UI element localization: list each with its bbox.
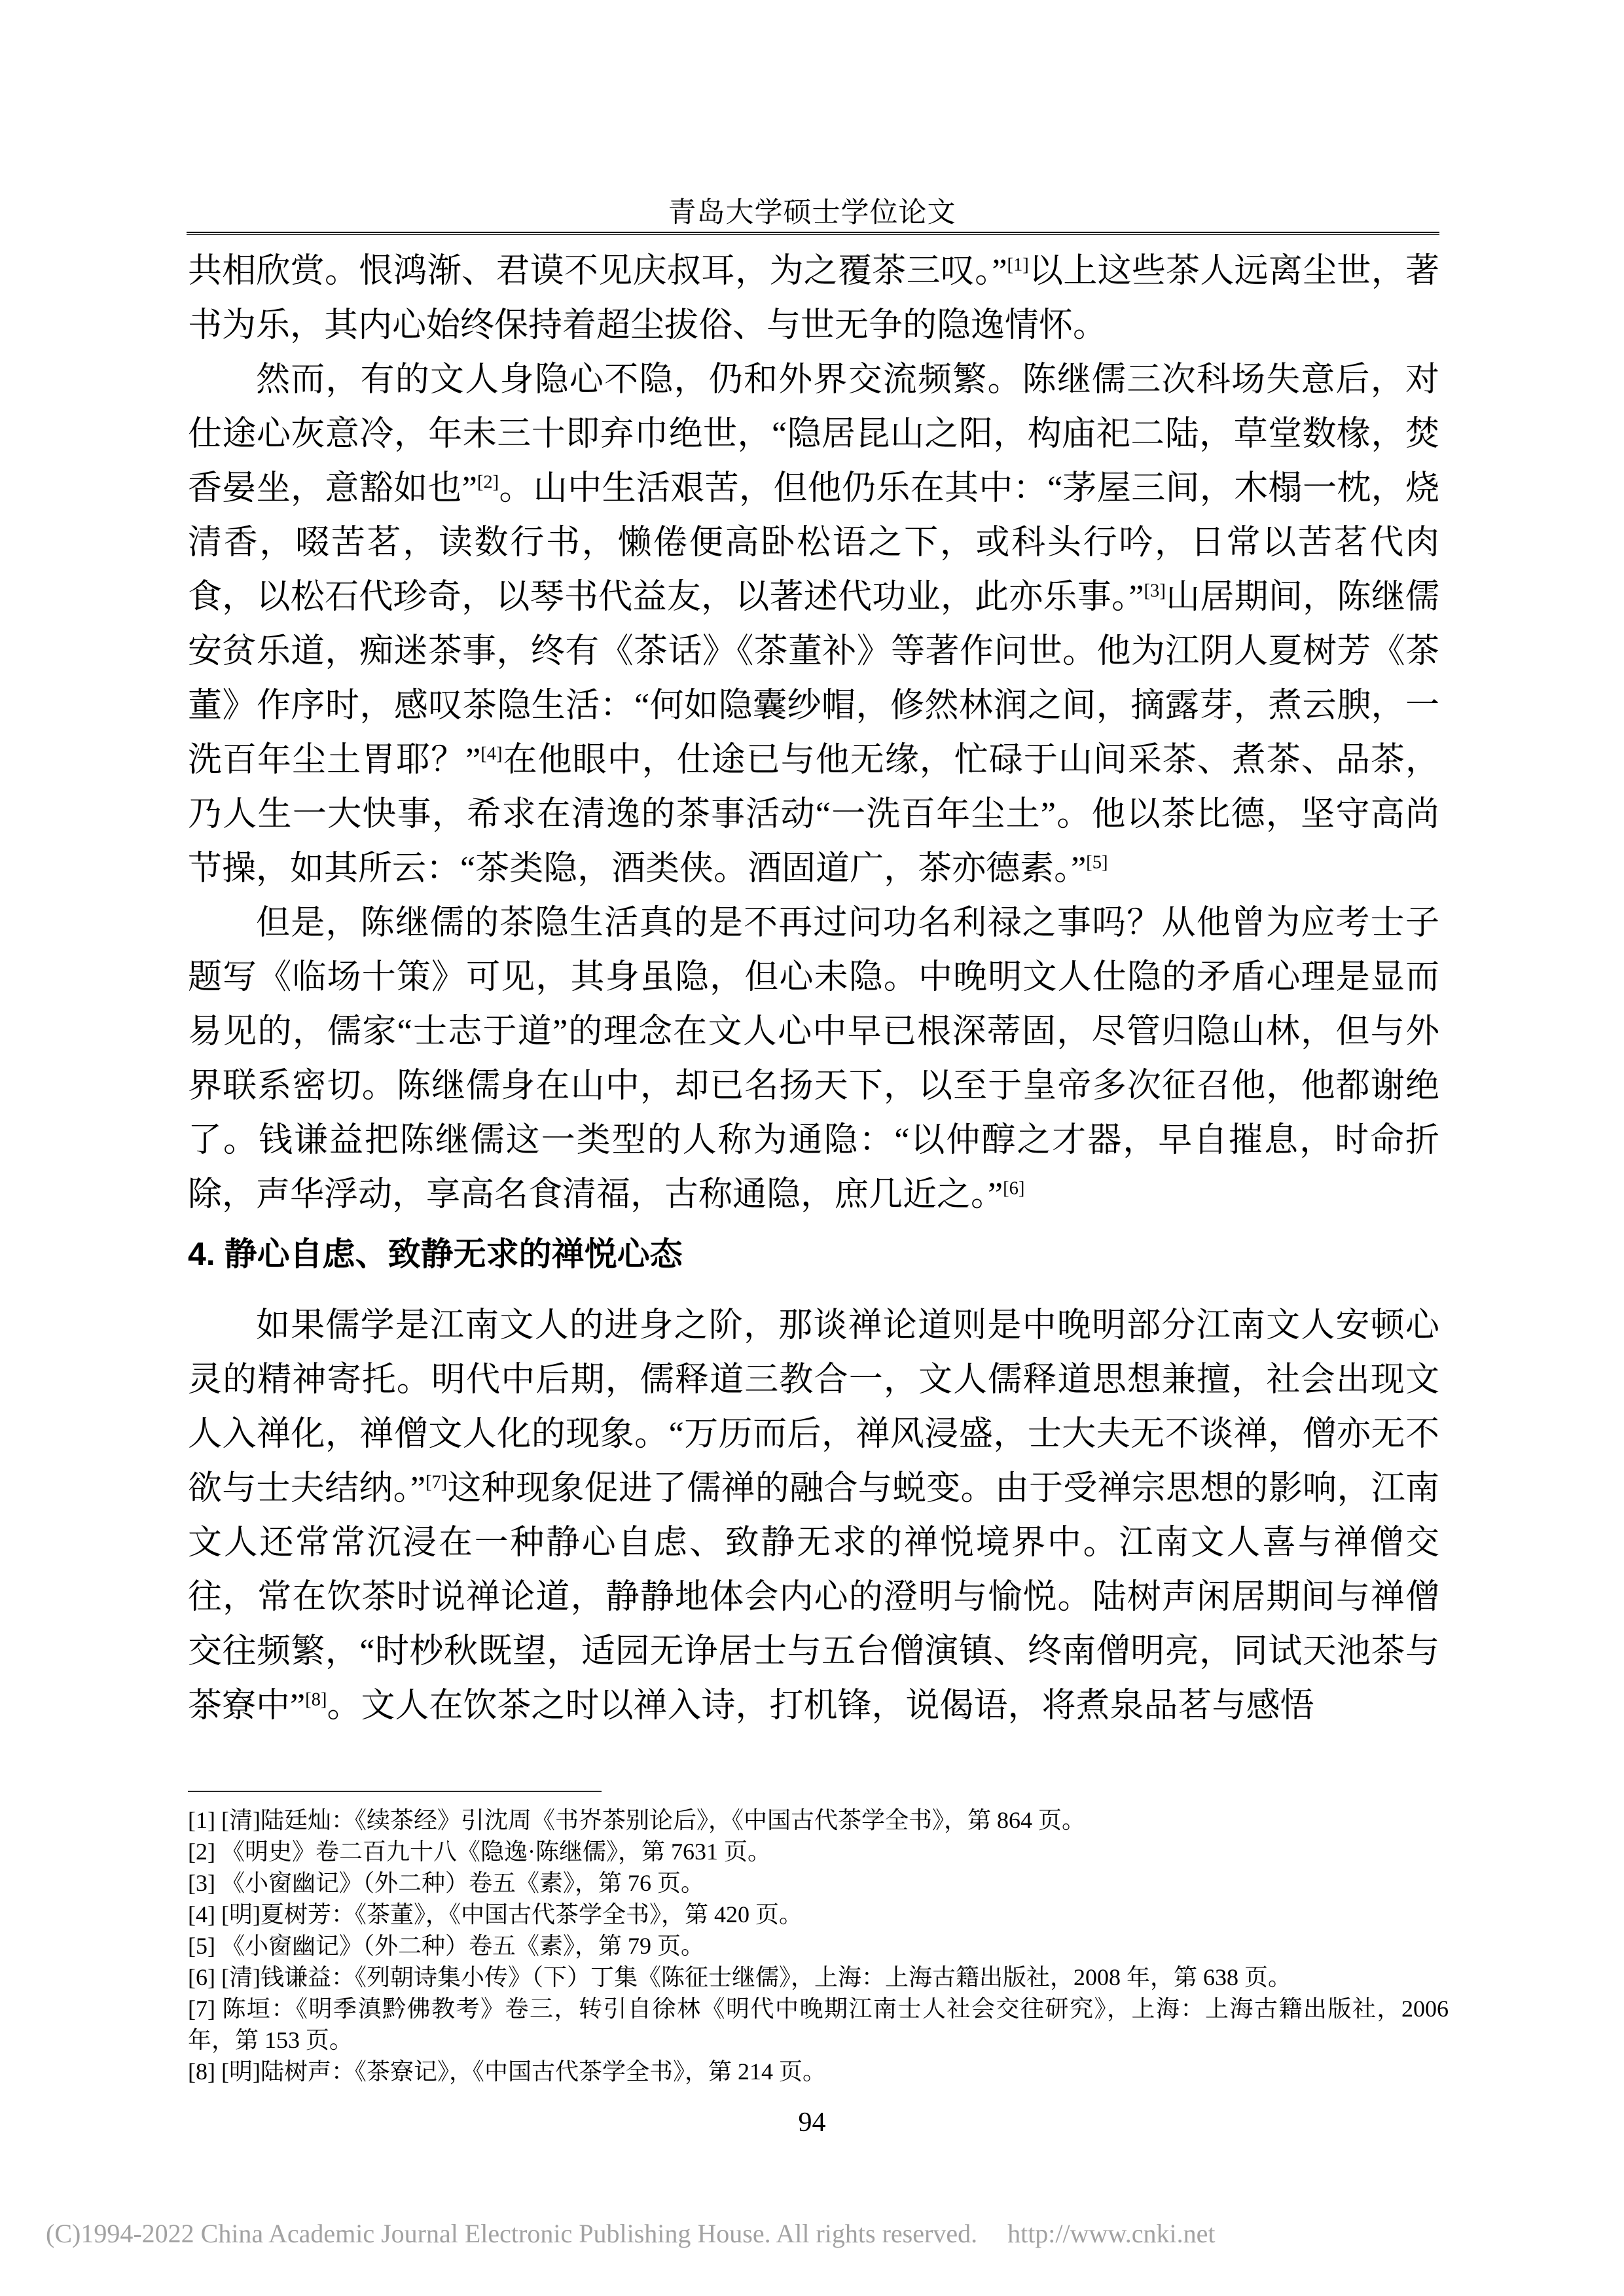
footnote-ref: [8] <box>305 1689 327 1710</box>
footnote-separator <box>188 1791 602 1792</box>
paragraph: 然而，有的文人身隐心不隐，仍和外界交流频繁。陈继儒三次科场失意后，对仕途心灰意冷… <box>188 353 1439 896</box>
page-header-title: 青岛大学硕士学位论文 <box>0 198 1624 228</box>
footnote: [3] 《小窗幽记》（外二种）卷五《素》，第 76 页。 <box>188 1867 1449 1899</box>
footnotes-list: [1] [清]陆廷灿：《续茶经》引沈周《书岕茶别论后》，《中国古代茶学全书》，第… <box>188 1804 1449 2087</box>
footnote-ref: [3] <box>1144 581 1166 601</box>
paragraph: 如果儒学是江南文人的进身之阶，那谈禅论道则是中晚明部分江南文人安顿心灵的精神寄托… <box>188 1299 1439 1733</box>
footnote-ref: [2] <box>477 472 499 492</box>
header-rule <box>187 232 1439 235</box>
body-flow: 共相欣赏。恨鸿渐、君谟不见庆叔耳，为之覆茶三叹。”[1]以上这些茶人远离尘世，著… <box>188 244 1439 1733</box>
watermark-copyright: (C)1994-2022 China Academic Journal Elec… <box>46 2219 977 2248</box>
page-number: 94 <box>0 2106 1624 2139</box>
footnote: [4] [明]夏树芳：《茶董》，《中国古代茶学全书》，第 420 页。 <box>188 1899 1449 1930</box>
footnote: [1] [清]陆廷灿：《续茶经》引沈周《书岕茶别论后》，《中国古代茶学全书》，第… <box>188 1804 1449 1836</box>
footnote: [6] [清]钱谦益：《列朝诗集小传》（下）丁集《陈征士继儒》，上海：上海古籍出… <box>188 1962 1449 1993</box>
footnote: [7] 陈垣：《明季滇黔佛教考》卷三，转引自徐林《明代中晚期江南士人社会交往研究… <box>188 1993 1449 2056</box>
footnote-ref: [1] <box>1007 255 1028 275</box>
footnote-ref: [4] <box>480 744 502 764</box>
footnote-ref: [6] <box>1003 1178 1024 1198</box>
watermark-url: http://www.cnki.net <box>1007 2219 1215 2248</box>
footnote: [5] 《小窗幽记》（外二种）卷五《素》，第 79 页。 <box>188 1930 1449 1962</box>
footnote-ref: [5] <box>1086 852 1108 872</box>
footnote: [8] [明]陆树声：《茶寮记》，《中国古代茶学全书》，第 214 页。 <box>188 2056 1449 2087</box>
footnote: [2] 《明史》卷二百九十八《隐逸·陈继儒》，第 7631 页。 <box>188 1836 1449 1867</box>
section-heading: 4. 静心自虑、致静无求的禅悦心态 <box>188 1227 1439 1282</box>
thesis-page: 青岛大学硕士学位论文 共相欣赏。恨鸿渐、君谟不见庆叔耳，为之覆茶三叹。”[1]以… <box>0 0 1624 2296</box>
paragraph: 共相欣赏。恨鸿渐、君谟不见庆叔耳，为之覆茶三叹。”[1]以上这些茶人远离尘世，著… <box>188 244 1439 353</box>
watermark: (C)1994-2022 China Academic Journal Elec… <box>46 2219 1215 2249</box>
footnote-ref: [7] <box>425 1472 447 1492</box>
paragraph: 但是，陈继儒的茶隐生活真的是不再过问功名利禄之事吗？从他曾为应考士子题写《临场十… <box>188 896 1439 1222</box>
